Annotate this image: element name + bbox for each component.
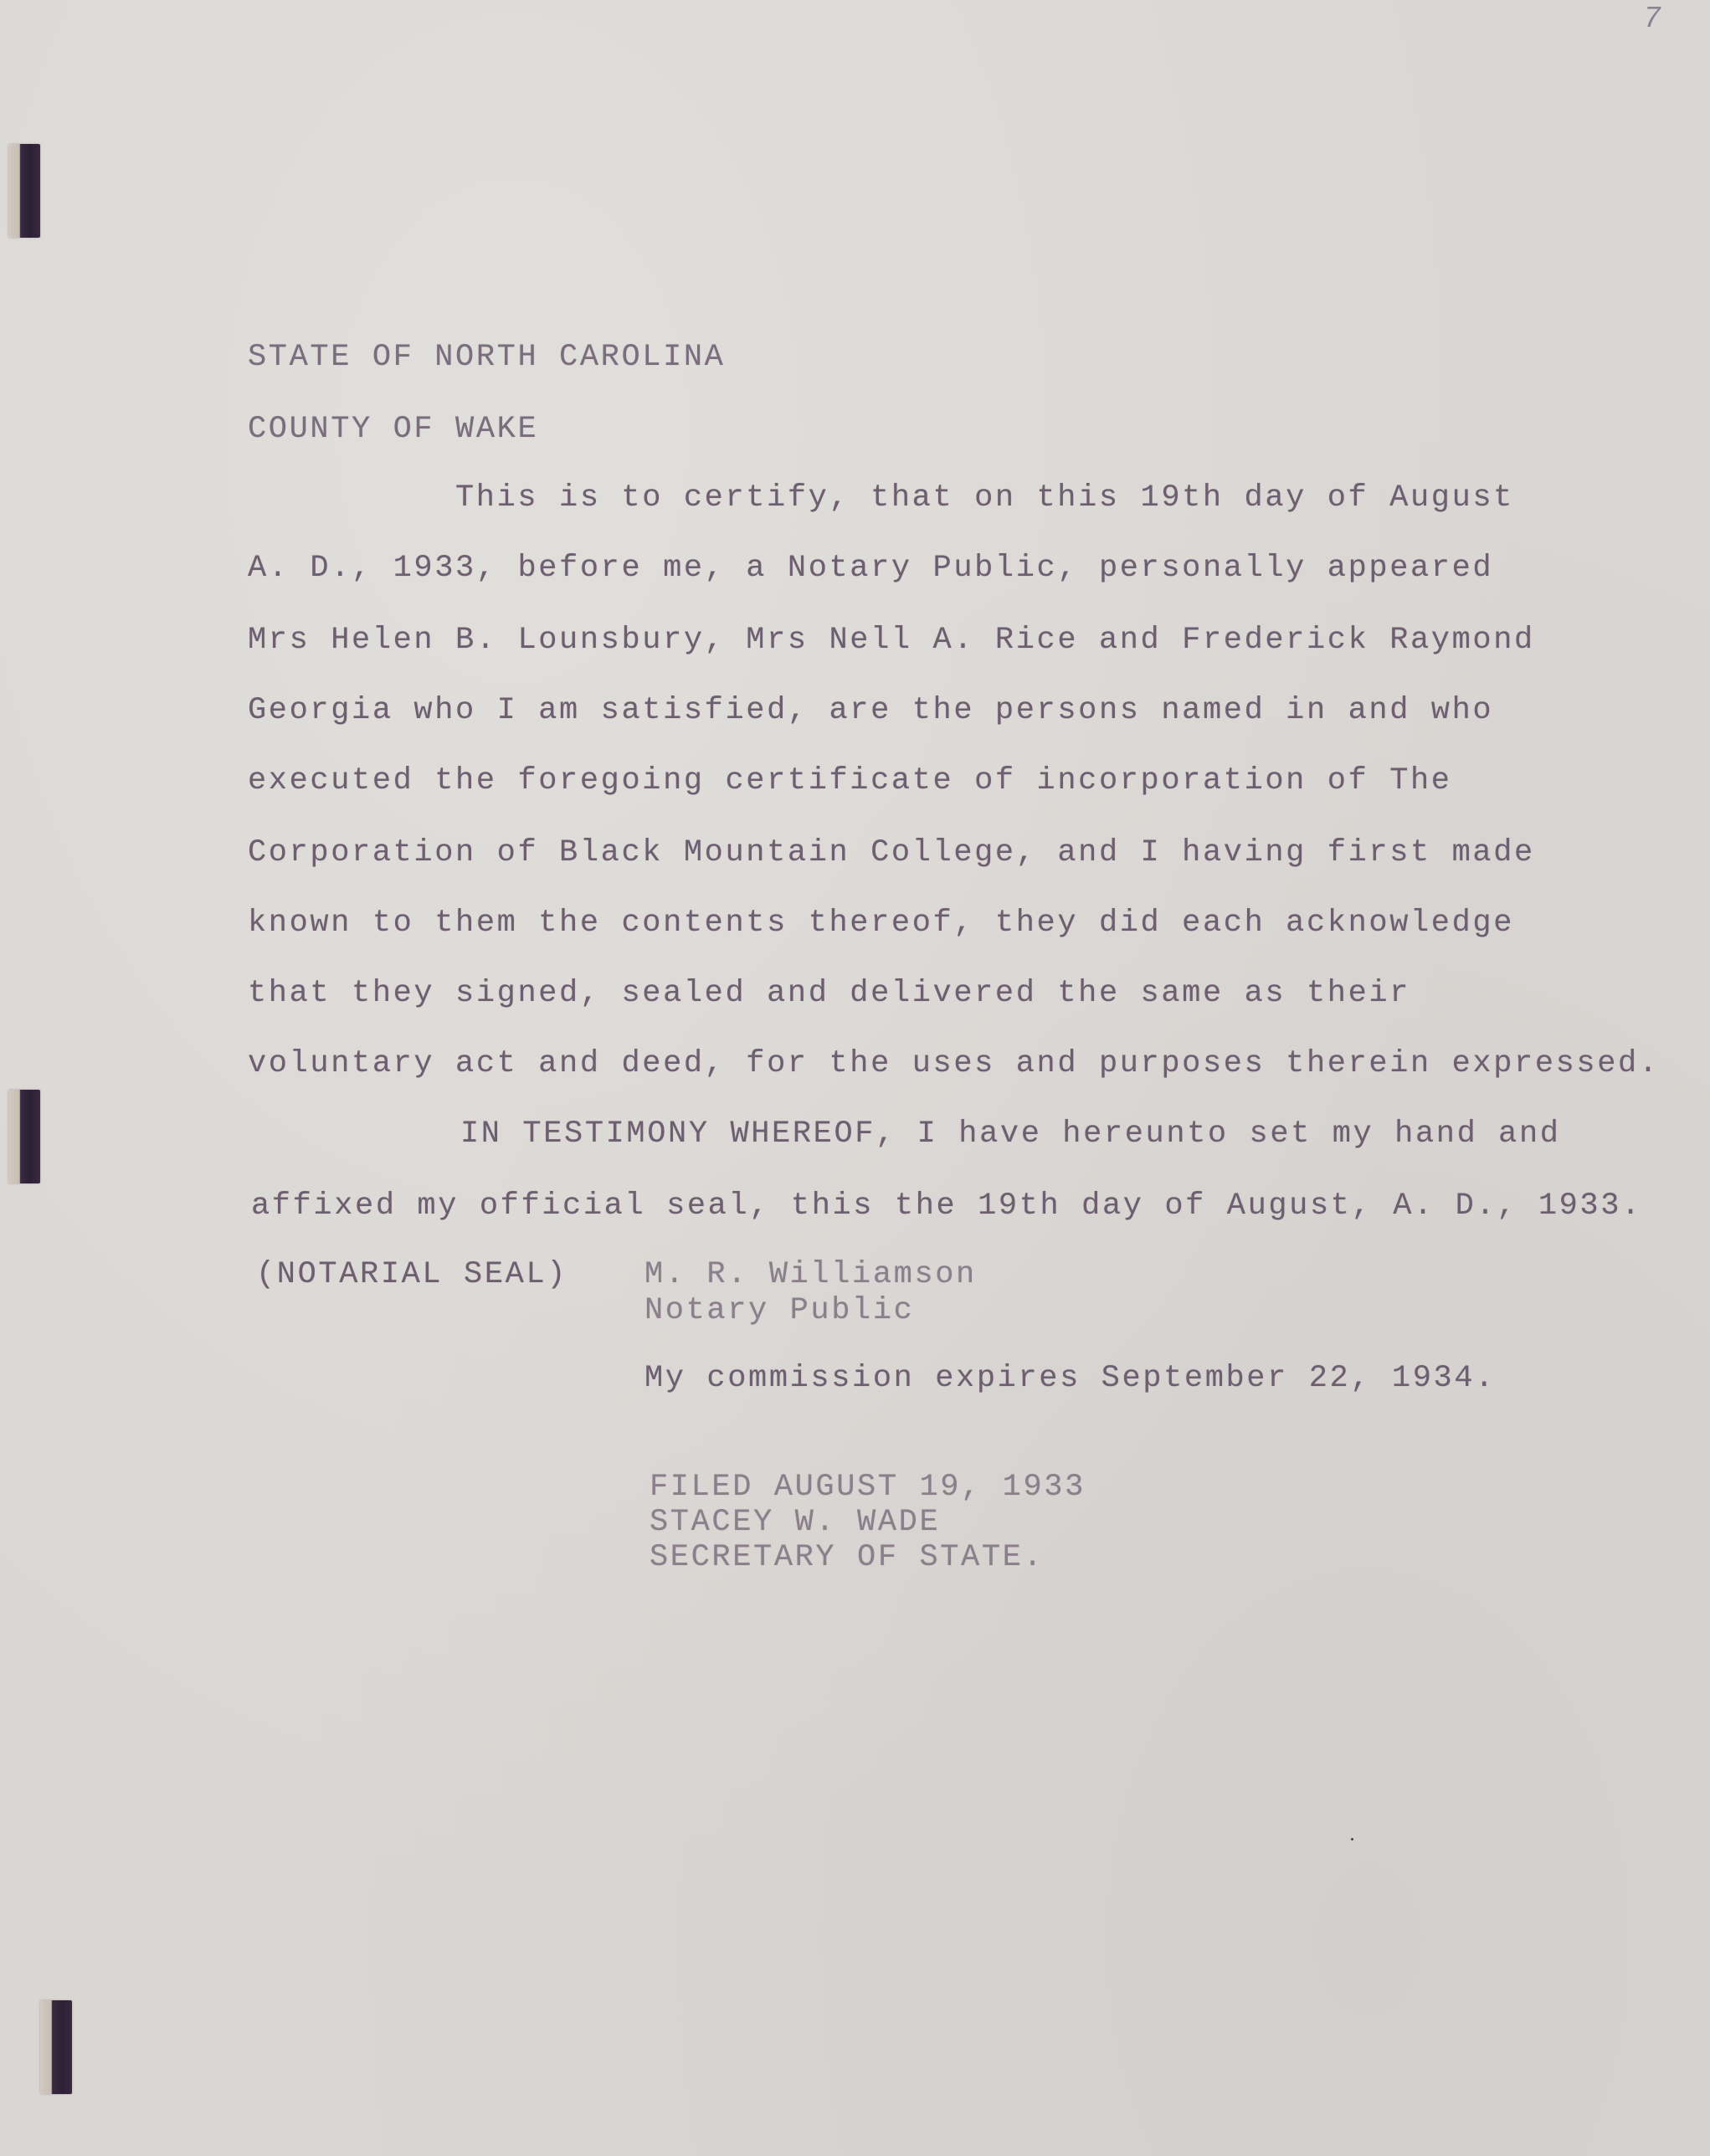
binder-hole-bottom xyxy=(40,2000,72,2094)
certification-line: known to them the contents thereof, they… xyxy=(248,906,1514,941)
certification-line: A. D., 1933, before me, a Notary Public,… xyxy=(248,551,1493,586)
heading-county: COUNTY OF WAKE xyxy=(248,412,538,447)
heading-state: STATE OF NORTH CAROLINA xyxy=(248,340,725,375)
binder-hole-top xyxy=(8,144,40,238)
paper-speck xyxy=(1351,1838,1353,1840)
certification-line: Mrs Helen B. Lounsbury, Mrs Nell A. Rice… xyxy=(248,623,1535,658)
document-page: 7 STATE OF NORTH CAROLINA COUNTY OF WAKE… xyxy=(0,0,1710,2156)
notarial-seal-label: (NOTARIAL SEAL) xyxy=(256,1257,567,1292)
certification-line: executed the foregoing certificate of in… xyxy=(248,763,1452,798)
notary-title: Notary Public xyxy=(644,1293,914,1328)
certification-line: This is to certify, that on this 19th da… xyxy=(455,480,1514,516)
page-number: 7 xyxy=(1643,2,1661,36)
filing-office: SECRETARY OF STATE. xyxy=(650,1540,1044,1575)
testimony-line: IN TESTIMONY WHEREOF, I have hereunto se… xyxy=(460,1116,1561,1152)
certification-line: Corporation of Black Mountain College, a… xyxy=(248,835,1535,870)
notary-name: M. R. Williamson xyxy=(644,1257,977,1292)
binder-hole-middle xyxy=(8,1090,40,1183)
certification-line: Georgia who I am satisfied, are the pers… xyxy=(248,693,1493,728)
certification-line: that they signed, sealed and delivered t… xyxy=(248,976,1410,1011)
certification-line: voluntary act and deed, for the uses and… xyxy=(248,1046,1660,1081)
filing-official: STACEY W. WADE xyxy=(650,1505,940,1540)
testimony-line: affixed my official seal, this the 19th … xyxy=(251,1188,1642,1224)
filing-date: FILED AUGUST 19, 1933 xyxy=(650,1470,1086,1505)
commission-expiry: My commission expires September 22, 1934… xyxy=(644,1361,1496,1396)
